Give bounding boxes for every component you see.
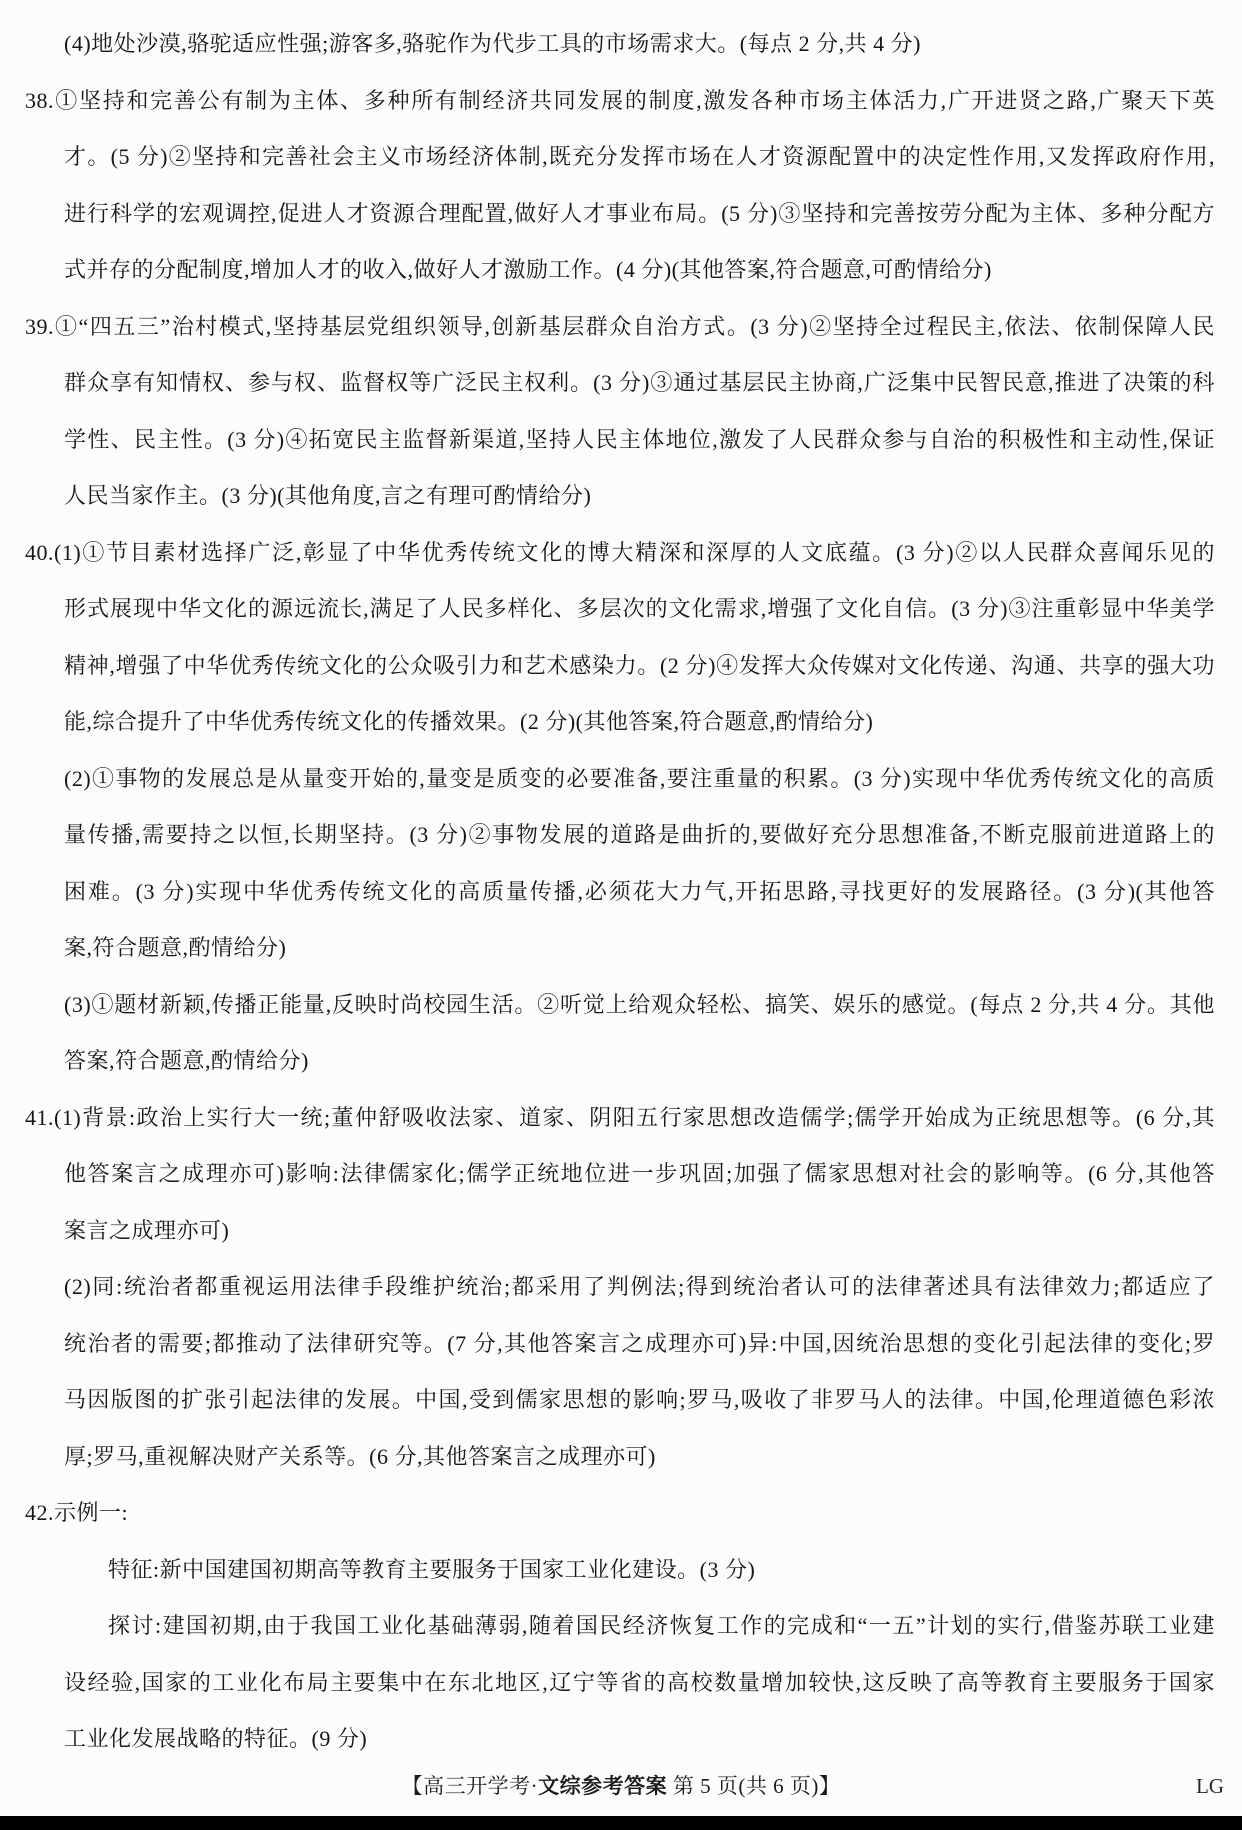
answer-line: 统治者的需要;都推动了法律研究等。(7 分,其他答案言之成理亦可)异:中国,因统… — [0, 1316, 1242, 1373]
answer-line: 马因版图的扩张引起法律的发展。中国,受到儒家思想的影响;罗马,吸收了非罗马人的法… — [0, 1372, 1242, 1429]
answer-line: 困难。(3 分)实现中华优秀传统文化的高质量传播,必须花大力气,开拓思路,寻找更… — [0, 864, 1242, 921]
answer-line: 式并存的分配制度,增加人才的收入,做好人才激励工作。(4 分)(其他答案,符合题… — [0, 242, 1242, 299]
answer-line: 38.①坚持和完善公有制为主体、多种所有制经济共同发展的制度,激发各种市场主体活… — [0, 73, 1242, 130]
answer-line: 特征:新中国建国初期高等教育主要服务于国家工业化建设。(3 分) — [0, 1542, 1242, 1599]
answer-line: 41.(1)背景:政治上实行大一统;董仲舒吸收法家、道家、阴阳五行家思想改造儒学… — [0, 1090, 1242, 1147]
page-footer: 【高三开学考·文综参考答案 第 5 页(共 6 页)】 — [0, 1768, 1242, 1805]
footer-publisher-code: LG — [1196, 1768, 1224, 1804]
answer-line: 42.示例一: — [0, 1485, 1242, 1542]
footer-page-number: 第 5 页(共 6 页)】 — [667, 1774, 840, 1798]
answers-page-body: (4)地处沙漠,骆驼适应性强;游客多,骆驼作为代步工具的市场需求大。(每点 2 … — [0, 0, 1242, 1768]
scan-edge-bar — [0, 1816, 1242, 1830]
answer-line: (2)同:统治者都重视运用法律手段维护统治;都采用了判例法;得到统治者认可的法律… — [0, 1259, 1242, 1316]
answer-line: 进行科学的宏观调控,促进人才资源合理配置,做好人才事业布局。(5 分)③坚持和完… — [0, 186, 1242, 243]
answer-line: (3)①题材新颖,传播正能量,反映时尚校园生活。②听觉上给观众轻松、搞笑、娱乐的… — [0, 977, 1242, 1034]
answer-line: 他答案言之成理亦可)影响:法律儒家化;儒学正统地位进一步巩固;加强了儒家思想对社… — [0, 1146, 1242, 1203]
answer-line: 工业化发展战略的特征。(9 分) — [0, 1711, 1242, 1768]
answer-line: 案言之成理亦可) — [0, 1203, 1242, 1260]
answer-line: 厚;罗马,重视解决财产关系等。(6 分,其他答案言之成理亦可) — [0, 1429, 1242, 1486]
answer-line: 人民当家作主。(3 分)(其他角度,言之有理可酌情给分) — [0, 468, 1242, 525]
answer-line: 才。(5 分)②坚持和完善社会主义市场经济体制,既充分发挥市场在人才资源配置中的… — [0, 129, 1242, 186]
answer-line: 形式展现中华文化的源远流长,满足了人民多样化、多层次的文化需求,增强了文化自信。… — [0, 581, 1242, 638]
answer-line: 学性、民主性。(3 分)④拓宽民主监督新渠道,坚持人民主体地位,激发了人民群众参… — [0, 412, 1242, 469]
answer-line: 案,符合题意,酌情给分) — [0, 920, 1242, 977]
answer-line: 精神,增强了中华优秀传统文化的公众吸引力和艺术感染力。(2 分)④发挥大众传媒对… — [0, 638, 1242, 695]
answer-line: 39.①“四五三”治村模式,坚持基层党组织领导,创新基层群众自治方式。(3 分)… — [0, 299, 1242, 356]
answer-line: 能,综合提升了中华优秀传统文化的传播效果。(2 分)(其他答案,符合题意,酌情给… — [0, 694, 1242, 751]
answer-line: (4)地处沙漠,骆驼适应性强;游客多,骆驼作为代步工具的市场需求大。(每点 2 … — [0, 16, 1242, 73]
answer-line: 答案,符合题意,酌情给分) — [0, 1033, 1242, 1090]
answer-line: 40.(1)①节目素材选择广泛,彰显了中华优秀传统文化的博大精深和深厚的人文底蕴… — [0, 525, 1242, 582]
footer-exam-name: 【高三开学考· — [402, 1774, 539, 1798]
footer-doc-title: 文综参考答案 — [538, 1775, 667, 1798]
answer-line: 探讨:建国初期,由于我国工业化基础薄弱,随着国民经济恢复工作的完成和“一五”计划… — [0, 1598, 1242, 1655]
answer-line: 群众享有知情权、参与权、监督权等广泛民主权利。(3 分)③通过基层民主协商,广泛… — [0, 355, 1242, 412]
scanned-answer-sheet-page: { "document": { "lines": [ {"text": "(4)… — [0, 0, 1242, 1830]
answer-line: 量传播,需要持之以恒,长期坚持。(3 分)②事物发展的道路是曲折的,要做好充分思… — [0, 807, 1242, 864]
answer-line: 设经验,国家的工业化布局主要集中在东北地区,辽宁等省的高校数量增加较快,这反映了… — [0, 1655, 1242, 1712]
answer-line: (2)①事物的发展总是从量变开始的,量变是质变的必要准备,要注重量的积累。(3 … — [0, 751, 1242, 808]
